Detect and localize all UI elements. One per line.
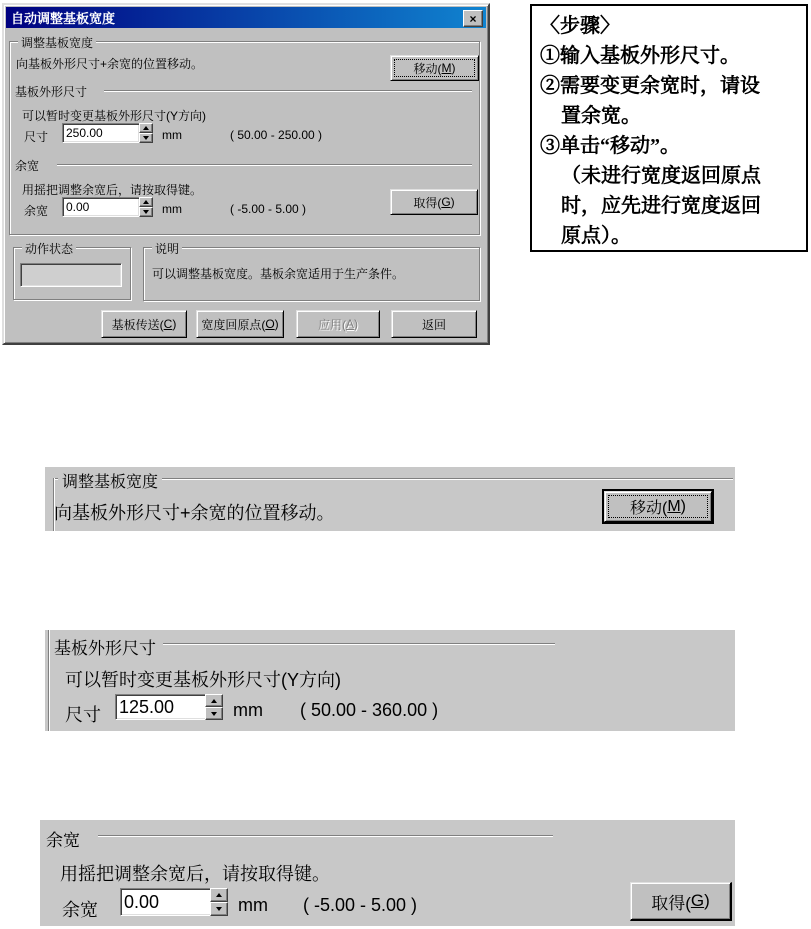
- page: 自动调整基板宽度 × 调整基板宽度 向基板外形尺寸+余宽的位置移动。 移动(M)…: [0, 0, 811, 929]
- move-button[interactable]: 移动(M): [604, 491, 712, 522]
- move-button-default-border: 移动(M): [602, 489, 714, 524]
- group-operation-status: 动作状态: [13, 247, 131, 300]
- section-divider: [98, 835, 553, 837]
- group-adjust-label: 调整基板宽度: [18, 34, 96, 51]
- status-field: [20, 263, 122, 287]
- group-adjust-board-width: 调整基板宽度 向基板外形尺寸+余宽的位置移动。 移动(M) 基板外形尺寸 可以暂…: [9, 41, 480, 235]
- margin-field-label: 余宽: [24, 202, 48, 219]
- size-section-label: 基板外形尺寸: [15, 83, 87, 100]
- get-button[interactable]: 取得(G): [390, 189, 478, 215]
- label-text: 应用(: [318, 316, 346, 333]
- margin-input[interactable]: [62, 197, 140, 217]
- accel-key: A: [346, 317, 354, 331]
- strip-size-label: 基板外形尺寸: [54, 634, 156, 659]
- size-field-label: 尺寸: [24, 128, 48, 145]
- spin-up-button[interactable]: [205, 694, 223, 707]
- width-origin-return-button[interactable]: 宽度回原点(O): [196, 310, 284, 338]
- spin-down-button[interactable]: [210, 902, 228, 916]
- margin-spinner: [139, 197, 153, 217]
- spin-down-button[interactable]: [205, 707, 223, 720]
- steps-line: ②需要变更余宽时，请设: [540, 71, 802, 101]
- label-text: 取得(: [651, 889, 691, 914]
- label-text: 宽度回原点(: [201, 316, 265, 333]
- zoom-strip-margin: 余宽 用摇把调整余宽后，请按取得键。 余宽 mm ( -5.00 - 5.00 …: [40, 820, 735, 926]
- dialog-titlebar[interactable]: 自动调整基板宽度 ×: [6, 7, 486, 28]
- arrow-up-icon: [143, 200, 149, 204]
- strip-margin-label: 余宽: [46, 826, 80, 851]
- arrow-down-icon: [211, 712, 217, 716]
- arrow-down-icon: [216, 907, 222, 911]
- strip-adjust-label: 调整基板宽度: [58, 469, 162, 492]
- margin-unit: mm: [162, 202, 182, 216]
- dialog-title: 自动调整基板宽度: [11, 8, 115, 27]
- accel-key: G: [441, 195, 450, 209]
- spin-up-button[interactable]: [139, 123, 153, 133]
- section-divider: [163, 643, 555, 645]
- steps-line: ①输入基板外形尺寸。: [540, 41, 802, 71]
- label-text: 取得(: [413, 194, 441, 211]
- size-section-hint: 可以暂时变更基板外形尺寸(Y方向): [22, 107, 206, 124]
- steps-note-box: 〈步骤〉 ①输入基板外形尺寸。 ②需要变更余宽时，请设 置余宽。 ③单击“移动”…: [530, 4, 808, 252]
- spin-down-button[interactable]: [139, 133, 153, 143]
- margin-section-hint: 用摇把调整余宽后，请按取得键。: [22, 181, 202, 198]
- steps-line: 时，应先进行宽度返回: [540, 191, 802, 221]
- label-text: ): [681, 498, 686, 516]
- strip-adjust-description: 向基板外形尺寸+余宽的位置移动。: [54, 499, 335, 525]
- close-icon: ×: [469, 13, 476, 25]
- accel-key: G: [691, 891, 704, 911]
- margin-range: ( -5.00 - 5.00 ): [303, 895, 417, 916]
- label-text: ): [704, 891, 710, 911]
- description-group-label: 说明: [152, 240, 182, 257]
- steps-line: （未进行宽度返回原点: [540, 161, 802, 191]
- status-group-label: 动作状态: [22, 240, 76, 257]
- label-text: ): [172, 317, 176, 331]
- size-field-label: 尺寸: [65, 701, 101, 727]
- arrow-up-icon: [143, 126, 149, 130]
- size-range: ( 50.00 - 250.00 ): [230, 128, 322, 142]
- size-unit: mm: [233, 700, 263, 721]
- strip-size-hint: 可以暂时变更基板外形尺寸(Y方向): [65, 666, 341, 692]
- move-button[interactable]: 移动(M): [390, 55, 479, 81]
- move-button-label: 移动(M): [394, 59, 475, 77]
- label-text: 移动(: [414, 60, 442, 77]
- margin-input[interactable]: [120, 888, 216, 916]
- label-text: ): [451, 195, 455, 209]
- size-input[interactable]: [115, 694, 211, 720]
- size-input[interactable]: [62, 123, 140, 143]
- description-text: 可以调整基板宽度。基板余宽适用于生产条件。: [152, 265, 404, 282]
- margin-field-label: 余宽: [62, 896, 98, 922]
- size-range: ( 50.00 - 360.00 ): [300, 700, 438, 721]
- margin-section-label: 余宽: [15, 157, 39, 174]
- strip-margin-hint: 用摇把调整余宽后，请按取得键。: [60, 860, 330, 886]
- section-divider: [57, 164, 472, 166]
- zoom-strip-adjust-width: 调整基板宽度 向基板外形尺寸+余宽的位置移动。 移动(M): [45, 467, 735, 531]
- groupbox-border: [48, 630, 50, 731]
- spin-down-button[interactable]: [139, 207, 153, 217]
- zoom-strip-board-size: 基板外形尺寸 可以暂时变更基板外形尺寸(Y方向) 尺寸 mm ( 50.00 -…: [45, 630, 735, 731]
- steps-line: 原点）。: [540, 221, 802, 251]
- board-transfer-button[interactable]: 基板传送(C): [101, 310, 187, 338]
- adjust-description: 向基板外形尺寸+余宽的位置移动。: [16, 55, 203, 72]
- size-spinner: [139, 123, 153, 143]
- back-button[interactable]: 返回: [391, 310, 477, 338]
- section-divider: [104, 90, 472, 92]
- spin-up-button[interactable]: [210, 888, 228, 902]
- accel-key: O: [265, 317, 274, 331]
- steps-line: ③单击“移动”。: [540, 131, 802, 161]
- label-text: ): [354, 317, 358, 331]
- group-description: 说明 可以调整基板宽度。基板余宽适用于生产条件。: [143, 247, 480, 301]
- get-button[interactable]: 取得(G): [630, 882, 732, 921]
- label-text: 基板传送(: [112, 316, 164, 333]
- label-text: 移动(: [630, 495, 667, 518]
- margin-unit: mm: [238, 895, 268, 916]
- label-text: ): [275, 317, 279, 331]
- label-text: 返回: [422, 316, 446, 333]
- close-button[interactable]: ×: [463, 10, 483, 27]
- arrow-up-icon: [216, 893, 222, 897]
- size-spinner: [205, 694, 223, 720]
- accel-key: M: [442, 61, 452, 75]
- steps-line: 置余宽。: [540, 101, 802, 131]
- margin-spinner: [210, 888, 228, 916]
- margin-range: ( -5.00 - 5.00 ): [230, 202, 306, 216]
- steps-title: 〈步骤〉: [540, 11, 802, 41]
- spin-up-button[interactable]: [139, 197, 153, 207]
- move-button-label: 移动(M): [608, 495, 708, 518]
- label-text: ): [452, 61, 456, 75]
- accel-key: C: [164, 317, 173, 331]
- accel-key: M: [667, 498, 680, 516]
- dialog-auto-adjust-board-width: 自动调整基板宽度 × 调整基板宽度 向基板外形尺寸+余宽的位置移动。 移动(M)…: [2, 3, 490, 345]
- arrow-down-icon: [143, 136, 149, 140]
- apply-button: 应用(A): [296, 310, 380, 338]
- arrow-down-icon: [143, 210, 149, 214]
- arrow-up-icon: [211, 699, 217, 703]
- size-unit: mm: [162, 128, 182, 142]
